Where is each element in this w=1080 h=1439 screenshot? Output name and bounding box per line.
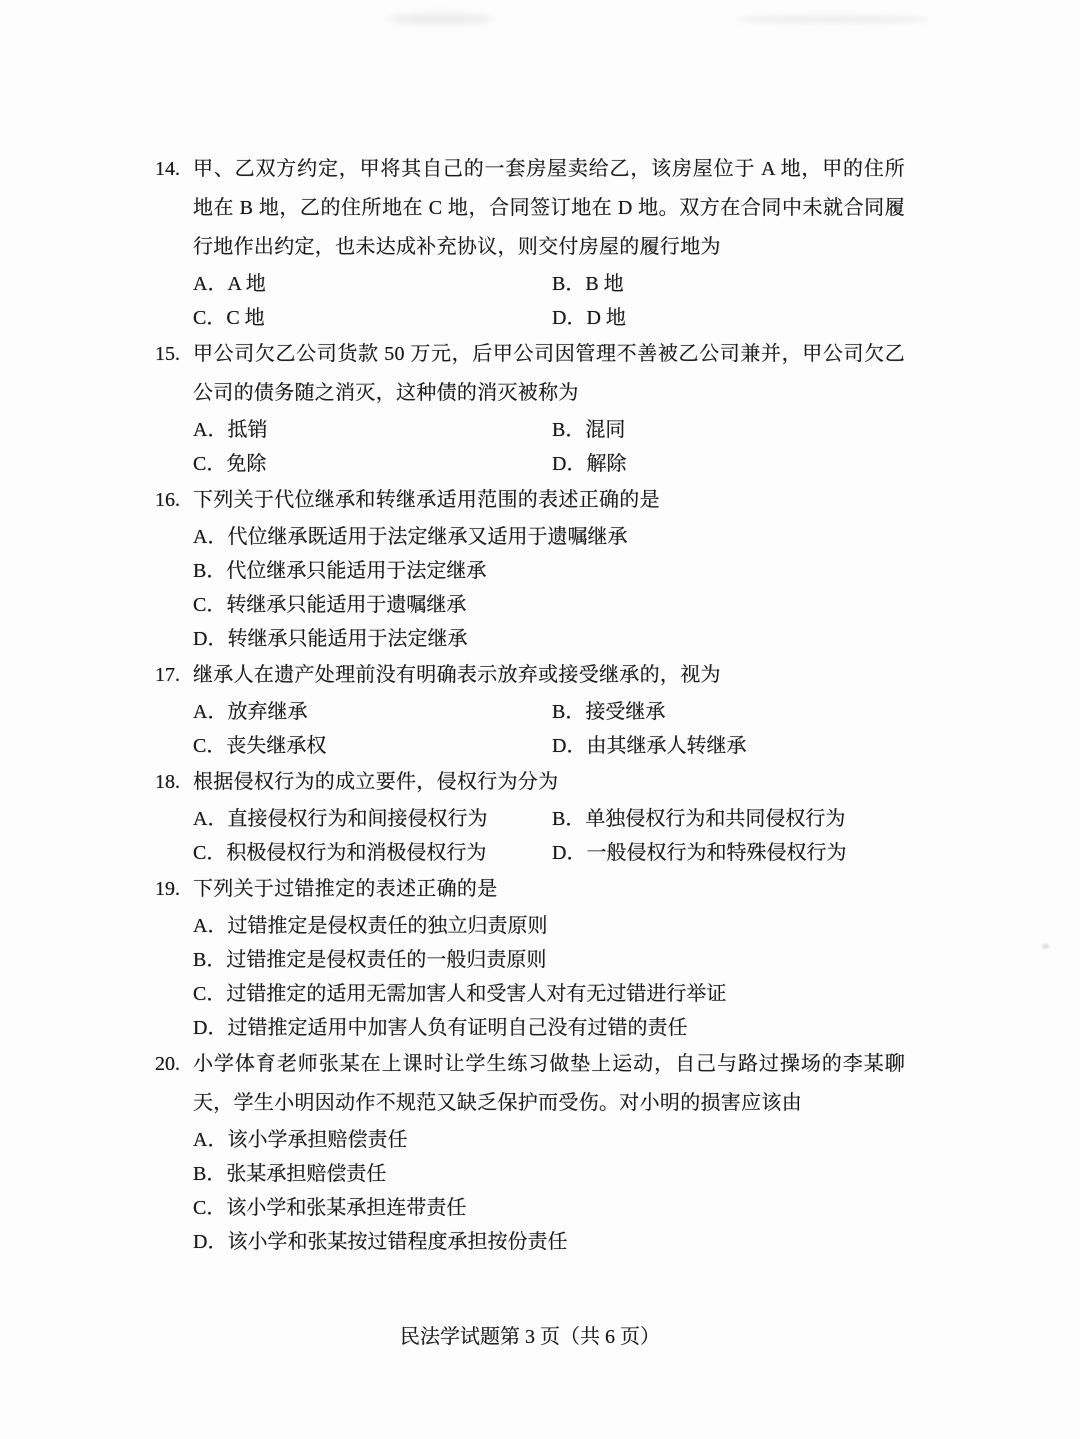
- option-label: B．: [193, 1163, 226, 1185]
- option-c: C．C 地: [193, 301, 552, 335]
- option-label: A．: [193, 1129, 227, 1151]
- option-c: C．丧失继承权: [193, 729, 552, 763]
- option-b: B．张某承担赔偿责任: [193, 1157, 905, 1191]
- option-label: D．: [193, 1231, 227, 1253]
- option-label: D．: [193, 1017, 227, 1039]
- option-d: D．该小学和张某按过错程度承担按份责任: [193, 1225, 905, 1259]
- questions-area: 14. 甲、乙双方约定，甲将其自己的一套房屋卖给乙，该房屋位于 A 地，甲的住所…: [155, 150, 907, 1259]
- option-d: D．D 地: [552, 301, 905, 335]
- option-b: B．过错推定是侵权责任的一般归责原则: [193, 943, 905, 977]
- option-label: D．: [552, 453, 586, 475]
- option-text: B 地: [585, 273, 623, 295]
- option-text: 该小学承担赔偿责任: [227, 1129, 407, 1151]
- question-stem: 小学体育老师张某在上课时让学生练习做垫上运动，自己与路过操场的李某聊天，学生小明…: [193, 1045, 905, 1123]
- option-a: A．代位继承既适用于法定继承又适用于遗嘱继承: [193, 520, 905, 554]
- option-label: A．: [193, 808, 227, 830]
- question-20: 20. 小学体育老师张某在上课时让学生练习做垫上运动，自己与路过操场的李某聊天，…: [193, 1045, 905, 1259]
- question-19: 19. 下列关于过错推定的表述正确的是 A．过错推定是侵权责任的独立归责原则 B…: [193, 870, 905, 1045]
- option-text: 过错推定是侵权责任的一般归责原则: [226, 949, 546, 971]
- option-text: 代位继承既适用于法定继承又适用于遗嘱继承: [227, 526, 627, 548]
- option-text: 抵销: [227, 419, 267, 441]
- option-label: D．: [552, 842, 586, 864]
- option-label: C．: [193, 983, 226, 1005]
- option-label: B．: [552, 273, 585, 295]
- option-text: 放弃继承: [227, 701, 307, 723]
- option-text: 积极侵权行为和消极侵权行为: [226, 842, 486, 864]
- option-d: D．一般侵权行为和特殊侵权行为: [552, 836, 905, 870]
- option-label: A．: [193, 419, 227, 441]
- option-c: C．过错推定的适用无需加害人和受害人对有无过错进行举证: [193, 977, 905, 1011]
- option-label: A．: [193, 526, 227, 548]
- option-text: 解除: [586, 453, 626, 475]
- question-options: A．该小学承担赔偿责任 B．张某承担赔偿责任 C．该小学和张某承担连带责任 D．…: [193, 1123, 905, 1259]
- option-a: A．放弃继承: [193, 695, 552, 729]
- option-a: A．过错推定是侵权责任的独立归责原则: [193, 909, 905, 943]
- option-text: 张某承担赔偿责任: [226, 1163, 386, 1185]
- question-17: 17. 继承人在遗产处理前没有明确表示放弃或接受继承的，视为 A．放弃继承 B．…: [193, 656, 905, 763]
- question-number: 14.: [155, 150, 180, 189]
- option-d: D．由其继承人转继承: [552, 729, 905, 763]
- option-a: A．A 地: [193, 267, 552, 301]
- question-options: A．代位继承既适用于法定继承又适用于遗嘱继承 B．代位继承只能适用于法定继承 C…: [193, 520, 905, 656]
- option-label: C．: [193, 735, 226, 757]
- option-c: C．免除: [193, 447, 552, 481]
- question-number: 19.: [155, 870, 180, 909]
- question-15: 15. 甲公司欠乙公司货款 50 万元，后甲公司因管理不善被乙公司兼并，甲公司欠…: [193, 335, 905, 481]
- question-stem: 甲、乙双方约定，甲将其自己的一套房屋卖给乙，该房屋位于 A 地，甲的住所地在 B…: [193, 150, 905, 267]
- option-label: D．: [552, 307, 586, 329]
- scan-artifact: [1042, 944, 1049, 949]
- option-label: C．: [193, 594, 226, 616]
- option-text: 转继承只能适用于法定继承: [227, 628, 467, 650]
- option-text: 混同: [585, 419, 625, 441]
- option-text: 该小学和张某承担连带责任: [226, 1197, 466, 1219]
- option-label: B．: [193, 560, 226, 582]
- option-b: B．混同: [552, 413, 905, 447]
- option-d: D．转继承只能适用于法定继承: [193, 622, 905, 656]
- option-b: B．B 地: [552, 267, 905, 301]
- option-a: A．抵销: [193, 413, 552, 447]
- option-d: D．过错推定适用中加害人负有证明自己没有过错的责任: [193, 1011, 905, 1045]
- option-text: 丧失继承权: [226, 735, 326, 757]
- question-options: A．放弃继承 B．接受继承 C．丧失继承权 D．由其继承人转继承: [193, 695, 905, 763]
- exam-page: 14. 甲、乙双方约定，甲将其自己的一套房屋卖给乙，该房屋位于 A 地，甲的住所…: [0, 0, 1080, 1439]
- question-options: A．过错推定是侵权责任的独立归责原则 B．过错推定是侵权责任的一般归责原则 C．…: [193, 909, 905, 1045]
- question-18: 18. 根据侵权行为的成立要件，侵权行为分为 A．直接侵权行为和间接侵权行为 B…: [193, 763, 905, 870]
- page-footer: 民法学试题第 3 页（共 6 页）: [155, 1322, 905, 1352]
- option-text: A 地: [227, 273, 265, 295]
- question-options: A．直接侵权行为和间接侵权行为 B．单独侵权行为和共同侵权行为 C．积极侵权行为…: [193, 802, 905, 870]
- scan-artifact: [388, 14, 493, 24]
- scan-artifact: [735, 16, 930, 23]
- option-text: 单独侵权行为和共同侵权行为: [585, 808, 845, 830]
- option-text: 代位继承只能适用于法定继承: [226, 560, 486, 582]
- option-c: C．积极侵权行为和消极侵权行为: [193, 836, 552, 870]
- option-label: B．: [193, 949, 226, 971]
- option-text: 免除: [226, 453, 266, 475]
- question-options: A．抵销 B．混同 C．免除 D．解除: [193, 413, 905, 481]
- option-c: C．转继承只能适用于遗嘱继承: [193, 588, 905, 622]
- question-number: 16.: [155, 481, 180, 520]
- option-label: C．: [193, 842, 226, 864]
- option-text: 过错推定的适用无需加害人和受害人对有无过错进行举证: [226, 983, 726, 1005]
- option-label: A．: [193, 273, 227, 295]
- option-text: 直接侵权行为和间接侵权行为: [227, 808, 487, 830]
- option-label: A．: [193, 915, 227, 937]
- question-number: 17.: [155, 656, 180, 695]
- option-text: 接受继承: [585, 701, 665, 723]
- option-text: 过错推定适用中加害人负有证明自己没有过错的责任: [227, 1017, 687, 1039]
- option-b: B．接受继承: [552, 695, 905, 729]
- option-label: B．: [552, 701, 585, 723]
- option-text: C 地: [226, 307, 264, 329]
- option-text: 过错推定是侵权责任的独立归责原则: [227, 915, 547, 937]
- question-16: 16. 下列关于代位继承和转继承适用范围的表述正确的是 A．代位继承既适用于法定…: [193, 481, 905, 656]
- question-14: 14. 甲、乙双方约定，甲将其自己的一套房屋卖给乙，该房屋位于 A 地，甲的住所…: [193, 150, 905, 335]
- option-text: 一般侵权行为和特殊侵权行为: [586, 842, 846, 864]
- option-label: D．: [552, 735, 586, 757]
- option-d: D．解除: [552, 447, 905, 481]
- question-stem: 根据侵权行为的成立要件，侵权行为分为: [193, 763, 905, 802]
- question-number: 20.: [155, 1045, 180, 1084]
- option-label: C．: [193, 453, 226, 475]
- option-text: 该小学和张某按过错程度承担按份责任: [227, 1231, 567, 1253]
- option-text: 由其继承人转继承: [586, 735, 746, 757]
- option-b: B．单独侵权行为和共同侵权行为: [552, 802, 905, 836]
- question-number: 18.: [155, 763, 180, 802]
- option-label: D．: [193, 628, 227, 650]
- option-label: C．: [193, 1197, 226, 1219]
- option-text: 转继承只能适用于遗嘱继承: [226, 594, 466, 616]
- question-stem: 下列关于代位继承和转继承适用范围的表述正确的是: [193, 481, 905, 520]
- question-stem: 继承人在遗产处理前没有明确表示放弃或接受继承的，视为: [193, 656, 905, 695]
- option-label: B．: [552, 808, 585, 830]
- option-label: A．: [193, 701, 227, 723]
- option-b: B．代位继承只能适用于法定继承: [193, 554, 905, 588]
- question-stem: 甲公司欠乙公司货款 50 万元，后甲公司因管理不善被乙公司兼并，甲公司欠乙公司的…: [193, 335, 905, 413]
- option-label: C．: [193, 307, 226, 329]
- option-a: A．直接侵权行为和间接侵权行为: [193, 802, 552, 836]
- option-label: B．: [552, 419, 585, 441]
- option-c: C．该小学和张某承担连带责任: [193, 1191, 905, 1225]
- option-a: A．该小学承担赔偿责任: [193, 1123, 905, 1157]
- question-options: A．A 地 B．B 地 C．C 地 D．D 地: [193, 267, 905, 335]
- question-number: 15.: [155, 335, 180, 374]
- question-stem: 下列关于过错推定的表述正确的是: [193, 870, 905, 909]
- option-text: D 地: [586, 307, 625, 329]
